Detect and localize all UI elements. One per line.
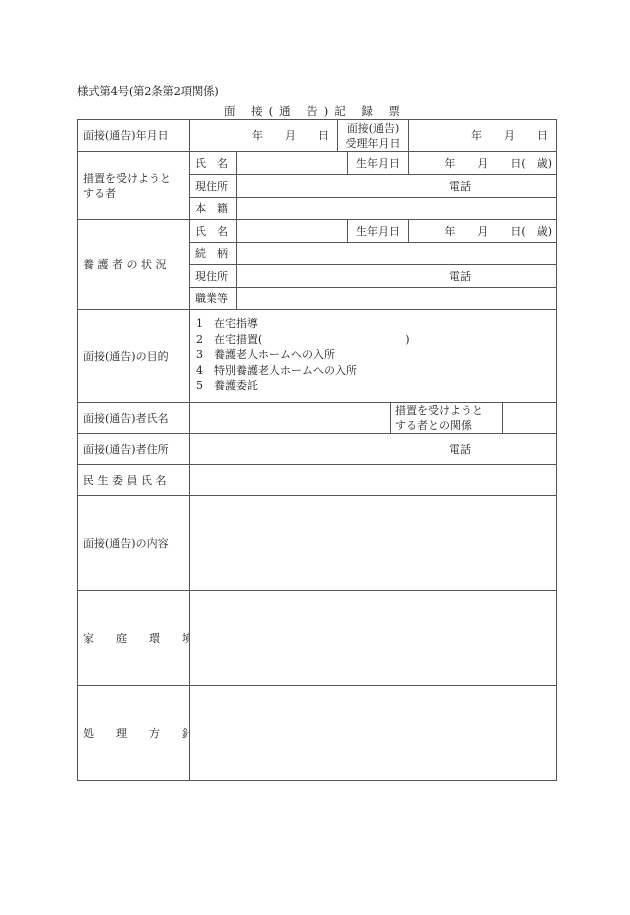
content-field[interactable] <box>189 495 557 591</box>
interviewer-name-field[interactable] <box>189 402 391 434</box>
purpose-label: 面接(通告)の目的 <box>77 309 190 403</box>
guardian-dob-label: 生年月日 <box>347 219 409 243</box>
interview-date-label: 面接(通告)年月日 <box>77 119 190 152</box>
subject-group-label: 措置を受けようと する者 <box>77 151 190 220</box>
relationship-label: 措置を受けようと する者との関係 <box>390 402 503 434</box>
guardian-occupation-field[interactable] <box>236 287 557 310</box>
interviewer-address-field[interactable]: 電話 <box>189 433 557 465</box>
interviewer-address-label: 面接(通告)者住所 <box>77 433 190 465</box>
processing-policy-label: 処 理 方 針 <box>77 685 190 781</box>
commissioner-label: 民 生 委 員 氏 名 <box>77 464 190 496</box>
guardian-address-field[interactable]: 電話 <box>236 264 557 288</box>
purpose-option-5[interactable]: 5 養護委託 <box>196 378 556 394</box>
phone-label: 電話 <box>449 442 471 457</box>
subject-domicile-field[interactable] <box>236 197 557 220</box>
subject-dob-label: 生年月日 <box>347 151 409 175</box>
commissioner-field[interactable] <box>189 464 557 496</box>
purpose-option-3[interactable]: 3 養護老人ホームへの入所 <box>196 347 556 363</box>
guardian-dob-field[interactable]: 年 月 日( 歳) <box>408 219 557 243</box>
form-title: 面 接(通 告)記 録 票 <box>0 103 630 119</box>
subject-name-field[interactable] <box>236 151 348 175</box>
subject-name-label: 氏 名 <box>189 151 237 175</box>
purpose-option-2[interactable]: 2 在宅措置( ) <box>196 332 556 348</box>
relationship-field[interactable] <box>502 402 557 434</box>
purpose-options[interactable]: 1 在宅指導 2 在宅措置( ) 3 養護老人ホームへの入所 4 特別養護老人ホ… <box>189 309 557 403</box>
subject-address-label: 現住所 <box>189 174 237 198</box>
purpose-option-4[interactable]: 4 特別養護老人ホームへの入所 <box>196 363 556 379</box>
guardian-relation-field[interactable] <box>236 242 557 265</box>
guardian-group-label: 養 護 者 の 状 況 <box>77 219 190 310</box>
guardian-relation-label: 続 柄 <box>189 242 237 265</box>
subject-domicile-label: 本 籍 <box>189 197 237 220</box>
family-environment-field[interactable] <box>189 590 557 686</box>
interview-date-field[interactable]: 年 月 日 <box>189 119 338 152</box>
receipt-date-label: 面接(通告) 受理年月日 <box>337 119 409 152</box>
phone-label: 電話 <box>449 269 471 284</box>
subject-dob-field[interactable]: 年 月 日( 歳) <box>408 151 557 175</box>
receipt-date-field[interactable]: 年 月 日 <box>408 119 557 152</box>
interviewer-name-label: 面接(通告)者氏名 <box>77 402 190 434</box>
guardian-name-label: 氏 名 <box>189 219 237 243</box>
processing-policy-field[interactable] <box>189 685 557 781</box>
content-label: 面接(通告)の内容 <box>77 495 190 591</box>
form-number: 様式第4号(第2条第2項関係) <box>77 83 218 99</box>
record-sheet-table: 面接(通告)年月日 年 月 日 面接(通告) 受理年月日 年 月 日 措置を受け… <box>77 119 557 781</box>
phone-label: 電話 <box>449 179 471 194</box>
guardian-address-label: 現住所 <box>189 264 237 288</box>
subject-address-field[interactable]: 電話 <box>236 174 557 198</box>
guardian-name-field[interactable] <box>236 219 348 243</box>
guardian-occupation-label: 職業等 <box>189 287 237 310</box>
family-environment-label: 家 庭 環 境 <box>77 590 190 686</box>
purpose-option-1[interactable]: 1 在宅指導 <box>196 316 556 332</box>
